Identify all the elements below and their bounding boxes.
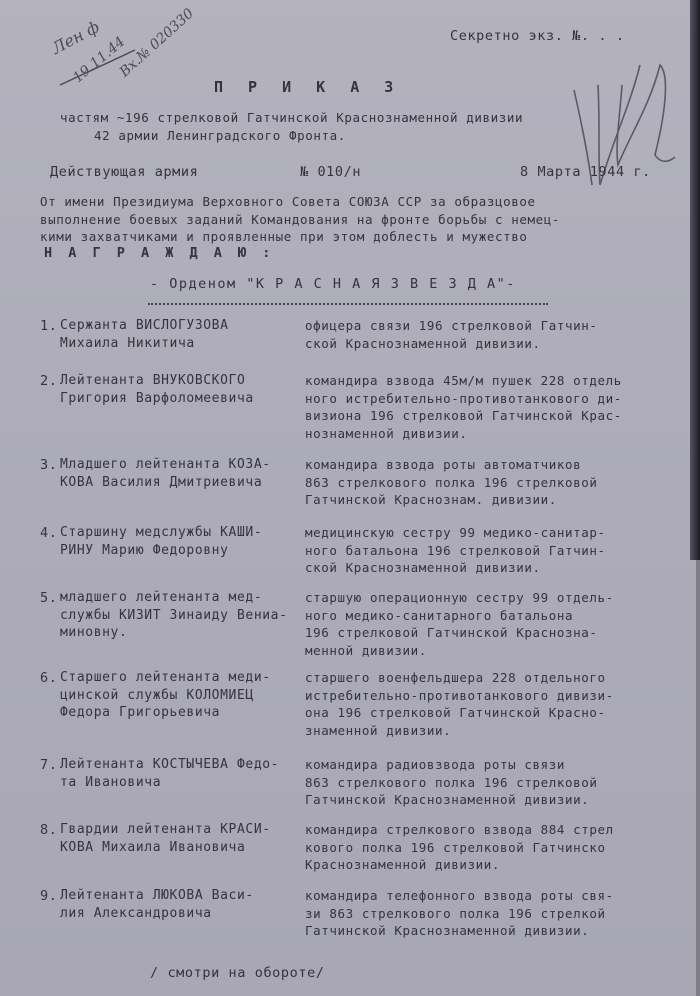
awardee-position-line: менной дивизии. bbox=[305, 643, 427, 658]
awardee-position-line: командира радиовзвода роты связи bbox=[305, 757, 565, 772]
awardee-number: 9. bbox=[40, 888, 57, 904]
awardee-position-line: командира стрелкового взвода 884 стрел bbox=[305, 822, 614, 837]
separator-line bbox=[148, 303, 548, 305]
awardee-number: 8. bbox=[40, 822, 57, 838]
awardee-number: 2. bbox=[40, 373, 57, 389]
continued-note: / смотри на обороте/ bbox=[150, 965, 325, 981]
awardee-name-line: Старшину медслужбы КАШИ- bbox=[60, 525, 262, 540]
unit-line-1: частям ~196 стрелковой Гатчинской Красно… bbox=[60, 110, 523, 125]
order-name: - Орденом "К Р А С Н А Я З В Е З Д А"- bbox=[150, 276, 516, 292]
document-title: П Р И К А З bbox=[214, 78, 401, 96]
awardee-name-line: Лейтенанта ЛЮКОВА Васи- bbox=[60, 888, 254, 903]
scan-edge-shadow bbox=[690, 0, 700, 560]
awardee-position-line: ской Краснознаменной дивизии. bbox=[305, 336, 541, 351]
preamble-line-2: выполнение боевых заданий Командования н… bbox=[40, 212, 560, 227]
awardee-name-line: Старшего лейтенанта меди- bbox=[60, 670, 271, 685]
awardee-position-line: зи 863 стрелкового полка 196 стрелкой bbox=[305, 906, 606, 921]
awardee-position-line: Гатчинской Краснознам. дивизии. bbox=[305, 492, 557, 507]
awardee-position-line: кового полка 196 стрелковой Гатчинско bbox=[305, 840, 606, 855]
award-verb: Н А Г Р А Ж Д А Ю : bbox=[44, 245, 274, 261]
awardee-position-line: старшего военфельдшера 228 отдельного bbox=[305, 670, 606, 685]
awardee-name-line: миновну. bbox=[60, 625, 127, 640]
awardee-name-line: та Ивановича bbox=[60, 775, 161, 790]
unit-line-2: 42 армии Ленинградского Фронта. bbox=[94, 128, 346, 143]
order-date: 8 Марта 1944 г. bbox=[520, 164, 651, 180]
awardee-name-line: младшего лейтенанта мед- bbox=[60, 590, 262, 605]
location: Действующая армия bbox=[50, 164, 198, 180]
awardee-number: 1. bbox=[40, 318, 57, 334]
awardee-position-line: старшую операционную сестру 99 отдель- bbox=[305, 590, 614, 605]
awardee-position-line: командира взвода роты автоматчиков bbox=[305, 457, 581, 472]
awardee-position-line: ской Краснознаменной дивизии. bbox=[305, 560, 541, 575]
awardee-position-line: Гатчинской Краснознаменной дивизии. bbox=[305, 792, 589, 807]
secrecy-mark: Секретно экз. №. . . bbox=[450, 28, 625, 44]
awardee-position-line: Гатчинской Краснознаменной дивизии. bbox=[305, 923, 589, 938]
scan-edge bbox=[696, 560, 700, 996]
awardee-name-line: Михаила Никитича bbox=[60, 336, 195, 351]
preamble-line-1: От имени Президиума Верховного Совета СО… bbox=[40, 194, 536, 209]
awardee-position-line: она 196 стрелковой Гатчинской Красно- bbox=[305, 705, 606, 720]
awardee-name-line: Сержанта ВИСЛОГУЗОВА bbox=[60, 318, 229, 333]
awardee-name-line: службы КИЗИТ Зинаиду Вениа- bbox=[60, 608, 288, 623]
awardee-name-line: РИНУ Марию Федоровну bbox=[60, 543, 229, 558]
awardee-position-line: 863 стрелкового полка 196 стрелковой bbox=[305, 475, 598, 490]
handwritten-note-3: Вх.№ 020330 bbox=[117, 6, 197, 81]
document-page: Лен ф 19.11.44 Вх.№ 020330 Секретно экз.… bbox=[0, 0, 700, 996]
awardee-name-line: Григория Варфоломеевича bbox=[60, 391, 254, 406]
awardee-name-line: КОВА Василия Дмитриевича bbox=[60, 475, 262, 490]
awardee-position-line: нознаменной дивизии. bbox=[305, 426, 468, 441]
awardee-name-line: лия Александровича bbox=[60, 906, 212, 921]
awardee-position-line: 863 стрелкового полка 196 стрелковой bbox=[305, 775, 598, 790]
awardee-position-line: ного батальона 196 стрелковой Гатчин- bbox=[305, 543, 606, 558]
awardee-position-line: командира взвода 45м/м пушек 228 отдель bbox=[305, 373, 622, 388]
awardee-number: 3. bbox=[40, 457, 57, 473]
awardee-position-line: Краснознаменной дивизии. bbox=[305, 857, 500, 872]
awardee-position-line: 196 стрелковой Гатчинской Краснозна- bbox=[305, 625, 598, 640]
awardee-name-line: Лейтенанта КОСТЫЧЕВА Федо- bbox=[60, 757, 279, 772]
awardee-position-line: визиона 196 стрелковой Гатчинской Крас- bbox=[305, 408, 622, 423]
awardee-name-line: КОВА Михаила Ивановича bbox=[60, 840, 245, 855]
awardee-name-line: Гвардии лейтенанта КРАСИ- bbox=[60, 822, 271, 837]
order-number: № 010/н bbox=[300, 164, 361, 180]
awardee-number: 4. bbox=[40, 525, 57, 541]
awardee-position-line: истребительно-противотанкового дивизи- bbox=[305, 688, 614, 703]
awardee-position-line: медицинскую сестру 99 медико-санитар- bbox=[305, 525, 606, 540]
preamble-line-3: кими захватчиками и проявленные при этом… bbox=[40, 229, 528, 244]
awardee-position-line: знаменной дивизии. bbox=[305, 723, 451, 738]
awardee-name-line: Младшего лейтенанта КОЗА- bbox=[60, 457, 271, 472]
awardee-number: 5. bbox=[40, 590, 57, 606]
awardee-position-line: ного медико-санитарного батальона bbox=[305, 608, 573, 623]
awardee-name-line: Лейтенанта ВНУКОВСКОГО bbox=[60, 373, 245, 388]
awardee-position-line: ного истребительно-противотанкового ди- bbox=[305, 391, 622, 406]
awardee-number: 7. bbox=[40, 757, 57, 773]
awardee-number: 6. bbox=[40, 670, 57, 686]
awardee-name-line: Федора Григорьевича bbox=[60, 705, 220, 720]
awardee-position-line: офицера связи 196 стрелковой Гатчин- bbox=[305, 318, 598, 333]
awardee-name-line: цинской службы КОЛОМИЕЦ bbox=[60, 688, 254, 703]
awardee-position-line: командира телефонного взвода роты свя- bbox=[305, 888, 614, 903]
